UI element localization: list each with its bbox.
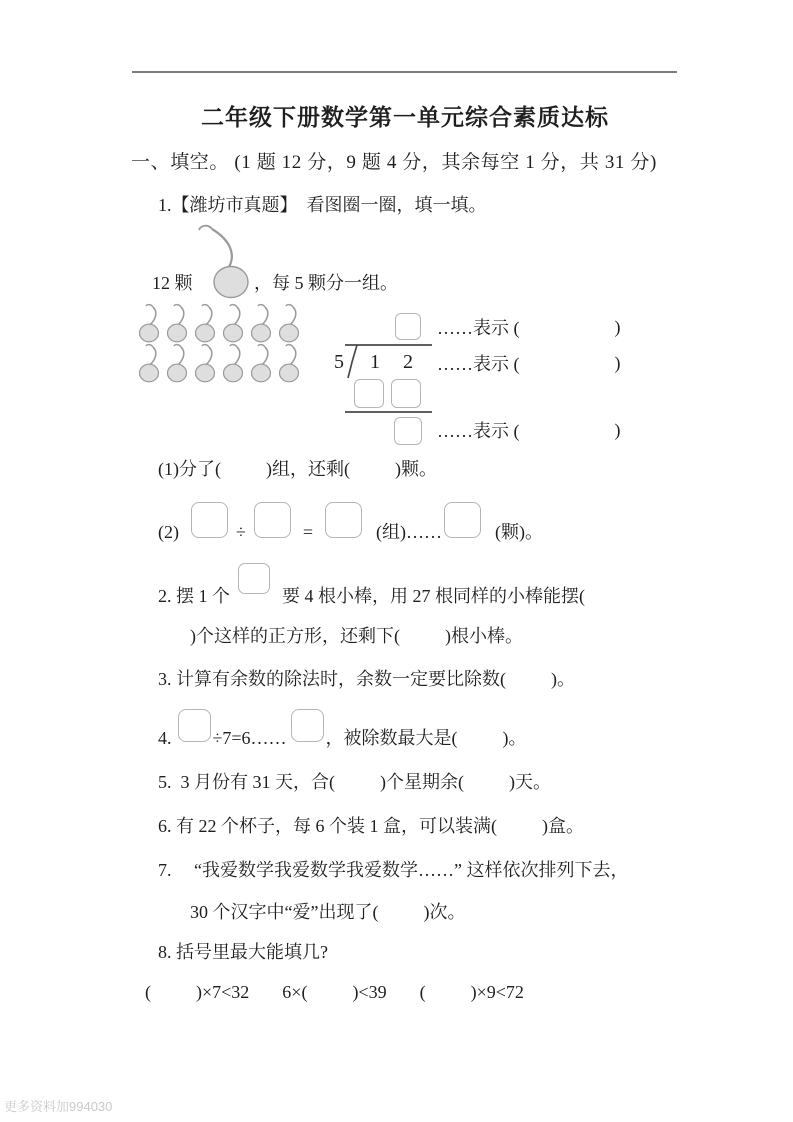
note-row-quotient: ……表示 ( ) (437, 313, 621, 341)
divisor-input-box (254, 502, 291, 538)
question-1-label: 1.【潍坊市真题】 看图圈一圈，填一填。 (158, 193, 487, 217)
cherry-icon (139, 303, 167, 343)
cherry-icon (279, 343, 307, 383)
division-bracket-lines (333, 308, 443, 453)
note-row-remainder: ……表示 ( ) (437, 416, 621, 444)
q4-remainder-box (291, 709, 324, 742)
worksheet-page: 二年级下册数学第一单元综合素质达标 一、填空。 (1 题 12 分，9 题 4 … (0, 0, 793, 1122)
quotient-box (395, 313, 421, 340)
note-prefix: ……表示 ( (437, 314, 520, 340)
divide-sign: ÷ (236, 520, 246, 544)
cherry-icon (167, 343, 195, 383)
q1-intro-prefix: 12 颗 (152, 271, 193, 295)
q2-prefix: 2. 摆 1 个 (158, 584, 230, 608)
section-heading: 一、填空。 (1 题 12 分，9 题 4 分，其余每空 1 分，共 31 分) (131, 147, 711, 174)
question-5: 5. 3 月份有 31 天，合( )个星期余( )天。 (158, 770, 551, 794)
cherry-icon (223, 343, 251, 383)
q2-suffix: 要 4 根小棒，用 27 根同样的小棒能摆( (282, 584, 585, 608)
question-7-line1: 7. “我爱数学我爱数学我爱数学……” 这样依次排列下去， (158, 858, 628, 882)
cherry-icon (223, 303, 251, 343)
note-prefix: ……表示 ( (437, 350, 520, 376)
cherry-icon (279, 303, 307, 343)
note-suffix: ) (615, 317, 621, 338)
cherry-icon (195, 303, 223, 343)
question-8-row: ( )×7<32 6×( )<39 ( )×9<72 (145, 980, 524, 1004)
question-4-row: 4. ÷7=6…… ，被除数最大是( )。 (158, 706, 527, 750)
product-box-1 (354, 379, 384, 408)
cherry-icon (251, 343, 279, 383)
q1-sub2-prefix: (2) (158, 520, 179, 544)
square-shape-box (238, 563, 270, 594)
count-unit-label: (颗)。 (495, 520, 543, 544)
question-2-line2: )个这样的正方形，还剩下( )根小棒。 (190, 624, 523, 648)
note-prefix: ……表示 ( (437, 417, 520, 443)
group-unit-label: (组)…… (376, 520, 442, 544)
q8-item-3: ( )×9<72 (420, 980, 524, 1004)
dividend-digit-ones: 2 (403, 350, 413, 374)
q4-prefix: 4. (158, 726, 172, 750)
remainder-box (394, 417, 422, 445)
dividend-input-box (191, 502, 228, 538)
q8-item-2: 6×( )<39 (282, 980, 386, 1004)
top-divider (132, 71, 677, 73)
note-row-dividend: ……表示 ( ) (437, 349, 621, 377)
quotient-input-box (325, 502, 362, 538)
q4-dividend-box (178, 709, 211, 742)
question-6: 6. 有 22 个杯子，每 6 个装 1 盒，可以装满( )盒。 (158, 814, 584, 838)
cherry-icon (167, 303, 195, 343)
note-suffix: ) (615, 420, 621, 441)
q1-intro-suffix: ，每 5 颗分一组。 (254, 271, 398, 295)
page-title: 二年级下册数学第一单元综合素质达标 (132, 99, 678, 132)
question-7-line2: 30 个汉字中“爱”出现了( )次。 (190, 900, 465, 924)
q4-mid: ÷7=6…… (213, 726, 287, 750)
q8-item-1: ( )×7<32 (145, 980, 249, 1004)
note-suffix: ) (615, 353, 621, 374)
equals-sign: = (303, 520, 313, 544)
q1-sub2-row: (2) ÷ = (组)…… (颗)。 (158, 500, 543, 544)
division-diagram: 5 1 2 (333, 308, 443, 453)
cherry-icon (195, 343, 223, 383)
big-cherry-icon (196, 222, 254, 300)
q4-suffix: ，被除数最大是( )。 (326, 726, 527, 750)
product-box-2 (391, 379, 421, 408)
question-3: 3. 计算有余数的除法时，余数一定要比除数( )。 (158, 667, 575, 691)
watermark-text: 更多资料加994030 (4, 1096, 112, 1115)
remainder-input-box (444, 502, 481, 538)
q1-sub1: (1)分了( )组，还剩( )颗。 (158, 457, 437, 481)
cherry-icon (139, 343, 167, 383)
cherry-icon (251, 303, 279, 343)
question-8-label: 8. 括号里最大能填几? (158, 940, 328, 964)
dividend-digit-tens: 1 (370, 350, 380, 374)
question-2-line1: 2. 摆 1 个 要 4 根小棒，用 27 根同样的小棒能摆( (158, 563, 585, 608)
cherry-grid (139, 303, 307, 383)
divisor: 5 (334, 350, 344, 374)
